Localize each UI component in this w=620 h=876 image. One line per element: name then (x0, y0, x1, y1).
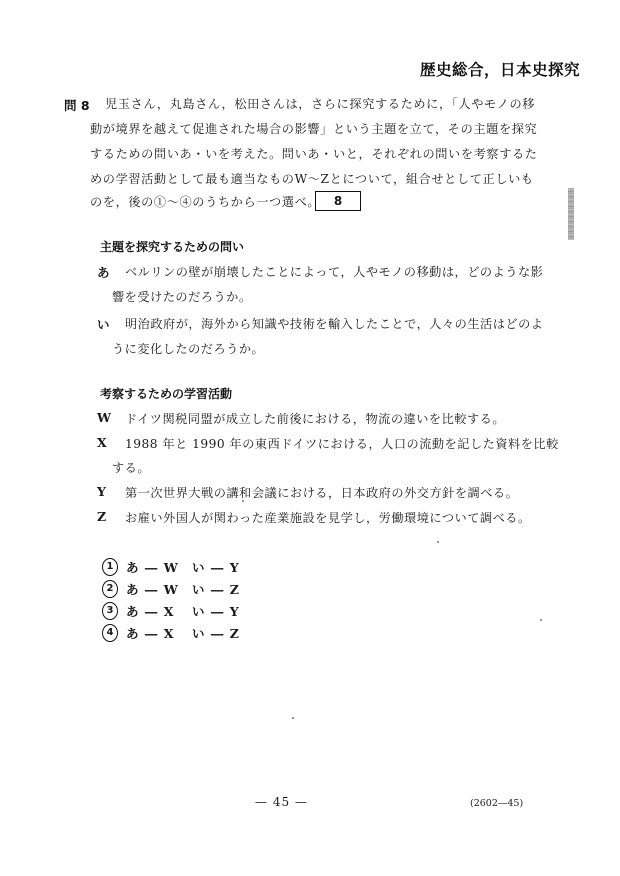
activity-w-text: ドイツ関税同盟が成立した前後における，物流の違いを比較する。 (125, 411, 505, 428)
activity-key-y: Y (97, 484, 106, 499)
scan-speck (437, 541, 439, 543)
question-text-line-1: 児玉さん，丸島さん，松田さんは，さらに探究するために，「人やモノの移 (105, 96, 535, 113)
option-3-marker[interactable]: 3 (102, 602, 118, 620)
option-4-a-pair: あ ― X (126, 624, 174, 642)
option-1-marker[interactable]: 1 (102, 558, 118, 576)
activity-x-line-2: する。 (112, 460, 150, 477)
scan-speck (242, 500, 244, 502)
option-4-marker[interactable]: 4 (102, 624, 118, 642)
option-1-i-pair: い ― Y (192, 558, 240, 576)
inquiry-a-line-2: 響を受けたのだろうか。 (112, 289, 252, 306)
answer-box[interactable]: 8 (315, 191, 361, 211)
activity-key-z: Z (97, 509, 106, 524)
question-text-line-5: のを，後の①～④のうちから一つ選べ。 (90, 194, 320, 211)
question-text-line-3: するための問いあ・いを考えた。問いあ・いと，それぞれの問いを考察するた (90, 146, 538, 163)
activity-y-text: 第一次世界大戦の講和会議における，日本政府の外交方針を調べる。 (125, 485, 518, 502)
question-text-line-2: 動が境界を越えて促進された場合の影響」という主題を立て，その主題を探究 (90, 121, 537, 138)
option-1-a-pair: あ ― W (126, 558, 179, 576)
option-3-i-pair: い ― Y (192, 602, 240, 620)
option-3-a-pair: あ ― X (126, 602, 174, 620)
inquiry-i-line-2: うに変化したのだろうか。 (112, 341, 264, 358)
option-4-i-pair: い ― Z (192, 624, 240, 642)
activities-heading: 考察するための学習活動 (100, 385, 232, 402)
activity-x-line-1: 1988 年と 1990 年の東西ドイツにおける，人口の流動を記した資料を比較 (125, 436, 559, 453)
inquiry-heading: 主題を探究するための問い (100, 238, 244, 255)
inquiry-a-line-1: ベルリンの壁が崩壊したことによって，人やモノの移動は，どのような影 (125, 264, 543, 281)
subject-header: 歴史総合，日本史探究 (360, 58, 580, 80)
scan-speck (540, 619, 542, 621)
side-index-marker (568, 188, 574, 240)
inquiry-i-line-1: 明治政府が，海外から知識や技術を輸入したことで，人々の生活はどのよ (125, 316, 543, 333)
activity-key-x: X (97, 435, 107, 450)
option-2-marker[interactable]: 2 (102, 580, 118, 598)
option-2-a-pair: あ ― W (126, 580, 179, 598)
question-number: 問 8 (64, 96, 90, 114)
page-number: — 45 — (255, 795, 308, 809)
inquiry-key-i: い (97, 315, 110, 333)
inquiry-key-a: あ (97, 263, 110, 281)
activity-key-w: W (97, 410, 111, 425)
document-code: (2602—45) (470, 798, 523, 809)
scan-speck (292, 717, 294, 719)
option-2-i-pair: い ― Z (192, 580, 240, 598)
question-text-line-4: めの学習活動として最も適当なものW～Zとについて，組合せとして正しいも (90, 171, 534, 188)
activity-z-text: お雇い外国人が関わった産業施設を見学し，労働環境について調べる。 (125, 510, 531, 527)
